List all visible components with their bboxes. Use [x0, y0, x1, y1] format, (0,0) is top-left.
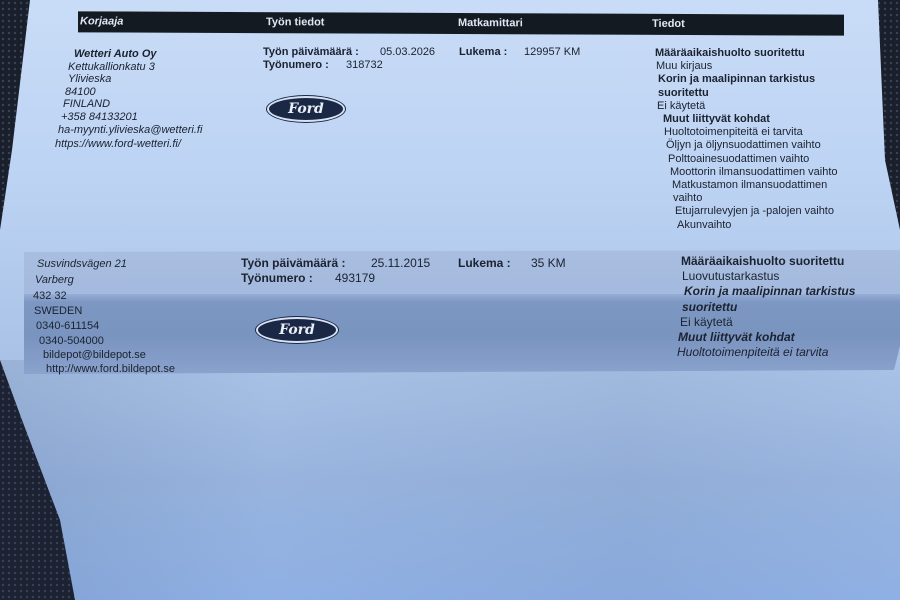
repairer-city: Varberg: [35, 274, 74, 286]
repairer-city: Ylivieska: [68, 73, 111, 85]
detail-item: Etujarrulevyjen ja -palojen vaihto: [675, 205, 834, 217]
detail-item: Matkustamon ilmansuodattimen: [672, 179, 827, 191]
header-odometer: Matkamittari: [458, 17, 523, 29]
repairer-name: Wetteri Auto Oy: [74, 48, 157, 60]
work-number-label: Työnumero :: [263, 59, 329, 71]
odometer-label: Lukema :: [458, 256, 511, 270]
ford-logo-icon: Ford: [267, 96, 345, 122]
work-number-label: Työnumero :: [241, 271, 313, 285]
odometer-value: 35 KM: [531, 256, 566, 270]
repairer-country: FINLAND: [63, 98, 110, 110]
work-date-label: Työn päivämäärä :: [241, 256, 345, 270]
detail-item: Huoltotoimenpiteitä ei tarvita: [677, 345, 828, 359]
work-date: 05.03.2026: [380, 46, 435, 58]
repairer-postcode: 84100: [65, 86, 96, 98]
detail-item: Akunvaihto: [677, 219, 731, 231]
repairer-website[interactable]: https://www.ford-wetteri.fi/: [55, 138, 181, 150]
ford-logo-icon: Ford: [256, 317, 338, 343]
odometer-value: 129957 KM: [524, 46, 580, 58]
repairer-phone-2: 0340-504000: [39, 335, 104, 347]
repairer-email[interactable]: ha-myynti.ylivieska@wetteri.fi: [58, 124, 202, 136]
detail-item: Moottorin ilmansuodattimen vaihto: [670, 166, 838, 178]
detail-item: Öljyn ja öljynsuodattimen vaihto: [666, 139, 821, 151]
detail-item: Korin ja maalipinnan tarkistus: [684, 284, 855, 298]
detail-item: Luovutustarkastus: [682, 269, 779, 283]
odometer-label: Lukema :: [459, 46, 507, 58]
work-number: 318732: [346, 59, 383, 71]
detail-item: Huoltotoimenpiteitä ei tarvita: [664, 126, 803, 138]
header-repairer: Korjaaja: [80, 15, 123, 27]
detail-item: Muut liittyvät kohdat: [678, 330, 795, 344]
detail-item: Korin ja maalipinnan tarkistus: [658, 73, 815, 85]
header-work-info: Työn tiedot: [266, 16, 324, 28]
work-date-label: Työn päivämäärä :: [263, 46, 359, 58]
repairer-street: Kettukallionkatu 3: [68, 61, 155, 73]
detail-item: suoritettu: [658, 87, 709, 99]
detail-item: suoritettu: [682, 300, 737, 314]
repairer-phone: 0340-611154: [36, 320, 99, 332]
detail-item: Ei käytetä: [657, 100, 705, 112]
repairer-country: SWEDEN: [34, 305, 82, 317]
work-number: 493179: [335, 271, 375, 285]
repairer-website[interactable]: http://www.ford.bildepot.se: [46, 363, 175, 375]
repairer-street: Susvindsvägen 21: [37, 258, 127, 270]
detail-item: vaihto: [673, 192, 702, 204]
table-header: Korjaaja Työn tiedot Matkamittari Tiedot: [78, 11, 844, 35]
repairer-postcode: 432 32: [33, 290, 67, 302]
detail-item: Muu kirjaus: [656, 60, 712, 72]
detail-item: Polttoainesuodattimen vaihto: [668, 153, 809, 165]
detail-item: Määräaikaishuolto suoritettu: [655, 47, 805, 59]
detail-item: Määräaikaishuolto suoritettu: [681, 254, 844, 268]
repairer-phone: +358 84133201: [61, 111, 138, 123]
repairer-email[interactable]: bildepot@bildepot.se: [43, 349, 146, 361]
work-date: 25.11.2015: [371, 256, 430, 270]
detail-item: Ei käytetä: [680, 315, 733, 329]
header-details: Tiedot: [652, 18, 685, 30]
detail-item: Muut liittyvät kohdat: [663, 113, 770, 125]
